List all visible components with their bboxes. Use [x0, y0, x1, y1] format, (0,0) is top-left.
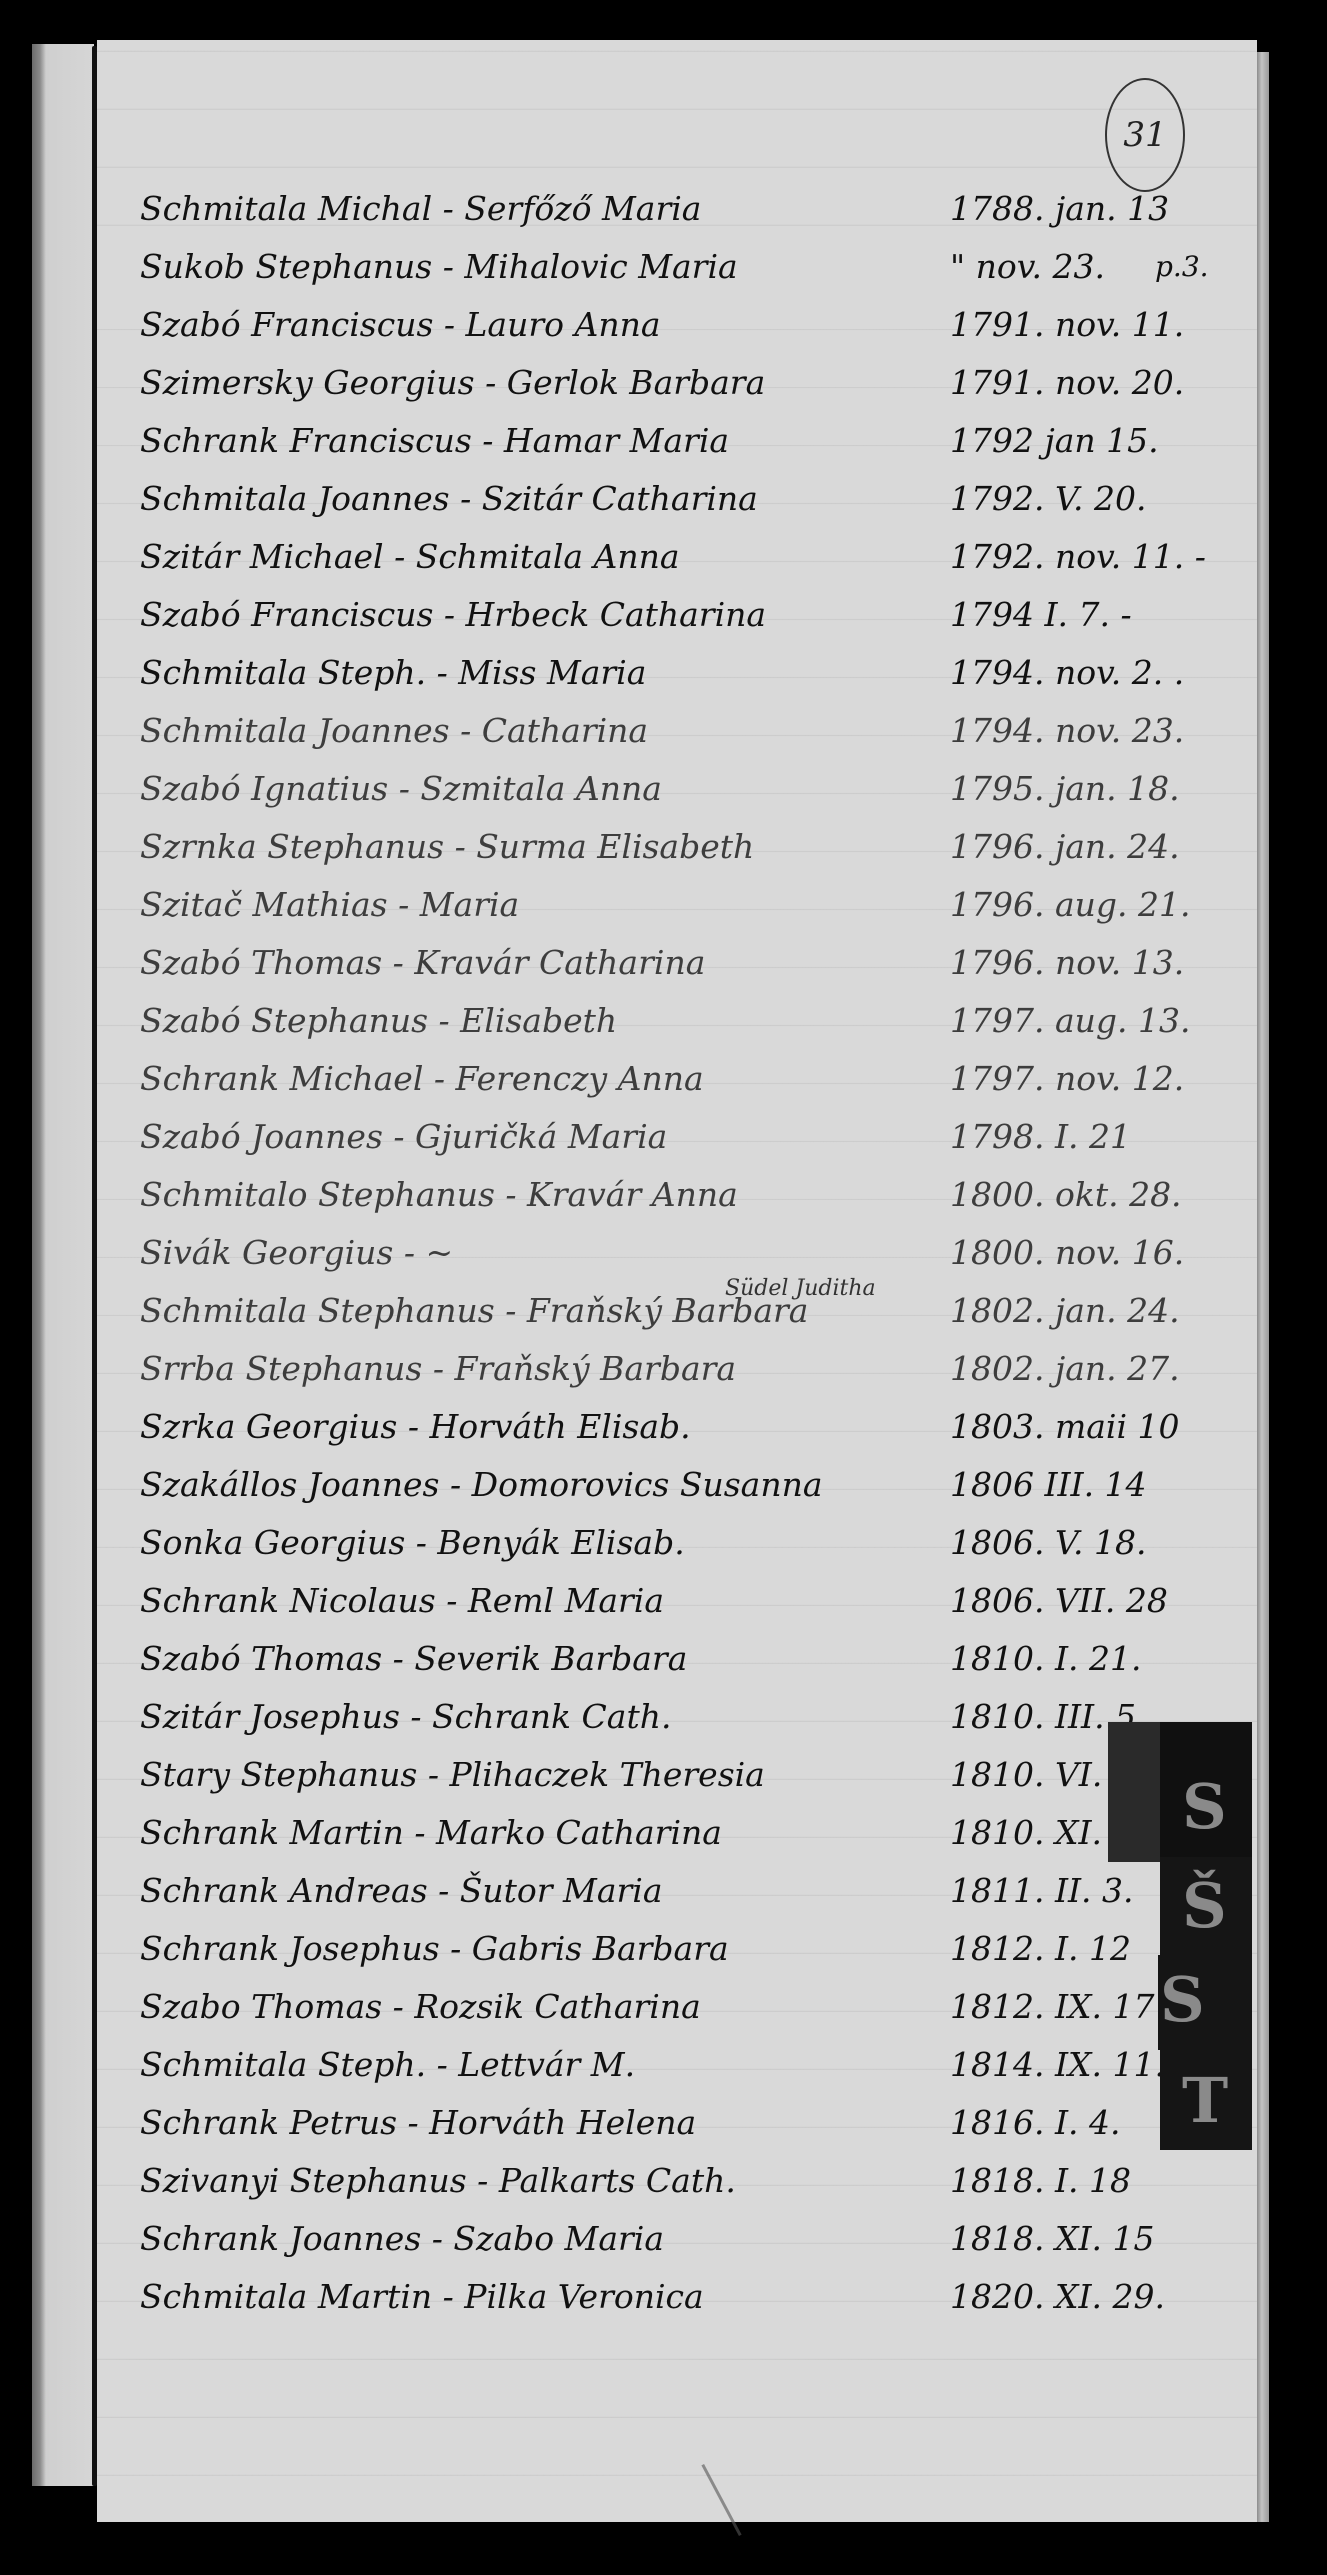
- entry-date: 1816. I. 4.: [950, 2094, 1120, 2152]
- page-number: 31: [1105, 78, 1185, 192]
- index-tab-letter: Š: [1182, 1869, 1227, 1942]
- entry-date: 1818. XI. 15: [950, 2210, 1154, 2268]
- entry-names: Szabó Franciscus - Lauro Anna: [140, 296, 661, 354]
- register-entry: Stary Stephanus - Plihaczek Theresia1810…: [140, 1746, 1260, 1804]
- entry-date: 1812. IX. 17: [950, 1978, 1154, 2036]
- register-entry: Schmitala Joannes - Catharina1794. nov. …: [140, 702, 1260, 760]
- entry-date: 1818. I. 18: [950, 2152, 1131, 2210]
- register-entry: Szabó Joannes - Gjuričká Maria1798. I. 2…: [140, 1108, 1260, 1166]
- entry-date: 1796. jan. 24.: [950, 818, 1180, 876]
- register-entries: Schmitala Michal - Serfőző Maria1788. ja…: [140, 180, 1260, 2326]
- entry-date: 1795. jan. 18.: [950, 760, 1180, 818]
- entry-names: Schrank Joannes - Szabo Maria: [140, 2210, 664, 2268]
- register-entry: Schrank Franciscus - Hamar Maria1792 jan…: [140, 412, 1260, 470]
- entry-names: Sonka Georgius - Benyák Elisab.: [140, 1514, 685, 1572]
- register-entry: Schmitala Michal - Serfőző Maria1788. ja…: [140, 180, 1260, 238]
- entry-date: " nov. 23.: [950, 238, 1105, 296]
- entry-names: Szitár Michael - Schmitala Anna: [140, 528, 680, 586]
- register-entry: Szabó Franciscus - Lauro Anna1791. nov. …: [140, 296, 1260, 354]
- entry-names: Szabó Thomas - Severik Barbara: [140, 1630, 687, 1688]
- register-entry: Szrnka Stephanus - Surma Elisabeth1796. …: [140, 818, 1260, 876]
- index-tab-s: S: [1160, 1722, 1252, 1877]
- entry-names: Sivák Georgius - ~: [140, 1224, 453, 1282]
- entry-names: Schmitala Michal - Serfőző Maria: [140, 180, 701, 238]
- register-entry: Szabó Ignatius - Szmitala Anna1795. jan.…: [140, 760, 1260, 818]
- register-entry: Schrank Josephus - Gabris Barbara1812. I…: [140, 1920, 1260, 1978]
- entry-names: Szabó Franciscus - Hrbeck Catharina: [140, 586, 766, 644]
- entry-date: 1788. jan. 13: [950, 180, 1169, 238]
- register-entry: Schrank Joannes - Szabo Maria1818. XI. 1…: [140, 2210, 1260, 2268]
- entry-date: 1812. I. 12: [950, 1920, 1131, 1978]
- entry-date: 1811. II. 3.: [950, 1862, 1134, 1920]
- entry-names: Schmitala Martin - Pilka Veronica: [140, 2268, 704, 2326]
- register-entry: Szabó Stephanus - Elisabeth1797. aug. 13…: [140, 992, 1260, 1050]
- entry-names: Schmitala Joannes - Szitár Catharina: [140, 470, 758, 528]
- entry-date: 1791. nov. 20.: [950, 354, 1184, 412]
- entry-names: Szabó Ignatius - Szmitala Anna: [140, 760, 662, 818]
- entry-names: Schrank Franciscus - Hamar Maria: [140, 412, 729, 470]
- entry-names: Schrank Josephus - Gabris Barbara: [140, 1920, 729, 1978]
- entry-names: Schmitala Steph. - Miss Maria: [140, 644, 646, 702]
- entry-names: Szabó Thomas - Kravár Catharina: [140, 934, 705, 992]
- entry-date: 1792 jan 15.: [950, 412, 1159, 470]
- register-entry: Szabó Franciscus - Hrbeck Catharina1794 …: [140, 586, 1260, 644]
- entry-date: 1803. maii 10: [950, 1398, 1180, 1456]
- register-entry: Schrank Michael - Ferenczy Anna1797. nov…: [140, 1050, 1260, 1108]
- index-tab-s-caron: Š: [1160, 1857, 1252, 1955]
- entry-names: Szakállos Joannes - Domorovics Susanna: [140, 1456, 823, 1514]
- entry-names: Szimersky Georgius - Gerlok Barbara: [140, 354, 765, 412]
- entry-date: 1810. I. 21.: [950, 1630, 1141, 1688]
- entry-names: Szabó Stephanus - Elisabeth: [140, 992, 617, 1050]
- entry-date: 1796. nov. 13.: [950, 934, 1184, 992]
- entry-date: 1810. VI. 4: [950, 1746, 1134, 1804]
- entry-date: 1798. I. 21: [950, 1108, 1131, 1166]
- entry-date: 1814. IX. 11.: [950, 2036, 1165, 2094]
- entry-date: 1791. nov. 11.: [950, 296, 1184, 354]
- register-entry: Schrank Martin - Marko Catharina1810. XI…: [140, 1804, 1260, 1862]
- register-entry: Szrka Georgius - Horváth Elisab.1803. ma…: [140, 1398, 1260, 1456]
- entry-names: Szivanyi Stephanus - Palkarts Cath.: [140, 2152, 736, 2210]
- register-entry: Sonka Georgius - Benyák Elisab.1806. V. …: [140, 1514, 1260, 1572]
- entry-correction: Südel Juditha: [725, 1260, 876, 1318]
- entry-names: Schrank Andreas - Šutor Maria: [140, 1862, 663, 1920]
- entry-names: Schmitala Joannes - Catharina: [140, 702, 648, 760]
- index-tab-letter: S: [1160, 1963, 1205, 2036]
- register-entry: Schmitala Martin - Pilka Veronica1820. X…: [140, 2268, 1260, 2326]
- entry-date: 1802. jan. 27.: [950, 1340, 1180, 1398]
- entry-date: 1794. nov. 23.: [950, 702, 1184, 760]
- entry-names: Schrank Petrus - Horváth Helena: [140, 2094, 696, 2152]
- entry-names: Szrnka Stephanus - Surma Elisabeth: [140, 818, 754, 876]
- register-entry: Schmitala Steph. - Miss Maria1794. nov. …: [140, 644, 1260, 702]
- entry-date: 1820. XI. 29.: [950, 2268, 1165, 2326]
- entry-date: 1800. okt. 28.: [950, 1166, 1182, 1224]
- register-entry: Szimersky Georgius - Gerlok Barbara1791.…: [140, 354, 1260, 412]
- entry-date: 1797. nov. 12.: [950, 1050, 1184, 1108]
- index-tab-letter: T: [1182, 2064, 1228, 2137]
- entry-names: Stary Stephanus - Plihaczek Theresia: [140, 1746, 765, 1804]
- entry-date: 1792. V. 20.: [950, 470, 1147, 528]
- entry-date: 1800. nov. 16.: [950, 1224, 1184, 1282]
- register-entry: Szitár Josephus - Schrank Cath.1810. III…: [140, 1688, 1260, 1746]
- register-entry: Szitár Michael - Schmitala Anna1792. nov…: [140, 528, 1260, 586]
- entry-date: 1796. aug. 21.: [950, 876, 1190, 934]
- entry-date: 1794. nov. 2. .: [950, 644, 1184, 702]
- register-entry: Szivanyi Stephanus - Palkarts Cath.1818.…: [140, 2152, 1260, 2210]
- register-entry: Schmitala Stephanus - Fraňský Barbara180…: [140, 1282, 1260, 1340]
- entry-names: Sukob Stephanus - Mihalovic Maria: [140, 238, 738, 296]
- register-entry: Schmitala Joannes - Szitár Catharina1792…: [140, 470, 1260, 528]
- entry-names: Szitač Mathias - Maria: [140, 876, 519, 934]
- register-entry: Schrank Andreas - Šutor Maria1811. II. 3…: [140, 1862, 1260, 1920]
- entry-names: Szrka Georgius - Horváth Elisab.: [140, 1398, 691, 1456]
- entry-names: Schrank Martin - Marko Catharina: [140, 1804, 722, 1862]
- entry-date: 1802. jan. 24.: [950, 1282, 1180, 1340]
- entry-date: 1806. V. 18.: [950, 1514, 1147, 1572]
- entry-note: p.3.: [1155, 238, 1209, 296]
- entry-names: Szabo Thomas - Rozsik Catharina: [140, 1978, 701, 2036]
- entry-date: 1792. nov. 11. -: [950, 528, 1206, 586]
- register-entry: Szabó Thomas - Kravár Catharina1796. nov…: [140, 934, 1260, 992]
- register-entry: Sukob Stephanus - Mihalovic Maria" nov. …: [140, 238, 1260, 296]
- entry-names: Szitár Josephus - Schrank Cath.: [140, 1688, 671, 1746]
- register-entry: Srrba Stephanus - Fraňský Barbara1802. j…: [140, 1340, 1260, 1398]
- entry-names: Schmitala Steph. - Lettvár M.: [140, 2036, 635, 2094]
- register-entry: Szitač Mathias - Maria1796. aug. 21.: [140, 876, 1260, 934]
- index-tab-t: T: [1160, 2050, 1252, 2150]
- entry-date: 1794 I. 7. -: [950, 586, 1132, 644]
- entry-date: 1806. VII. 28: [950, 1572, 1168, 1630]
- entry-names: Schmitalo Stephanus - Kravár Anna: [140, 1166, 738, 1224]
- register-entry: Szabo Thomas - Rozsik Catharina1812. IX.…: [140, 1978, 1260, 2036]
- entry-names: Schmitala Stephanus - Fraňský Barbara: [140, 1282, 808, 1340]
- index-tab-s2: S: [1158, 1955, 1252, 2050]
- entry-date: 1806 III. 14: [950, 1456, 1147, 1514]
- entry-names: Srrba Stephanus - Fraňský Barbara: [140, 1340, 736, 1398]
- entry-names: Schrank Michael - Ferenczy Anna: [140, 1050, 704, 1108]
- register-entry: Schmitalo Stephanus - Kravár Anna1800. o…: [140, 1166, 1260, 1224]
- register-entry: Sivák Georgius - ~1800. nov. 16.: [140, 1224, 1260, 1282]
- entry-names: Szabó Joannes - Gjuričká Maria: [140, 1108, 667, 1166]
- register-entry: Schrank Petrus - Horváth Helena1816. I. …: [140, 2094, 1260, 2152]
- register-entry: Schmitala Steph. - Lettvár M.1814. IX. 1…: [140, 2036, 1260, 2094]
- left-page-edge: [32, 44, 94, 2486]
- index-tab-letter: S: [1182, 1770, 1227, 1843]
- entry-names: Schrank Nicolaus - Reml Maria: [140, 1572, 664, 1630]
- entry-date: 1797. aug. 13.: [950, 992, 1190, 1050]
- register-entry: Szabó Thomas - Severik Barbara1810. I. 2…: [140, 1630, 1260, 1688]
- register-entry: Szakállos Joannes - Domorovics Susanna18…: [140, 1456, 1260, 1514]
- register-entry: Schrank Nicolaus - Reml Maria1806. VII. …: [140, 1572, 1260, 1630]
